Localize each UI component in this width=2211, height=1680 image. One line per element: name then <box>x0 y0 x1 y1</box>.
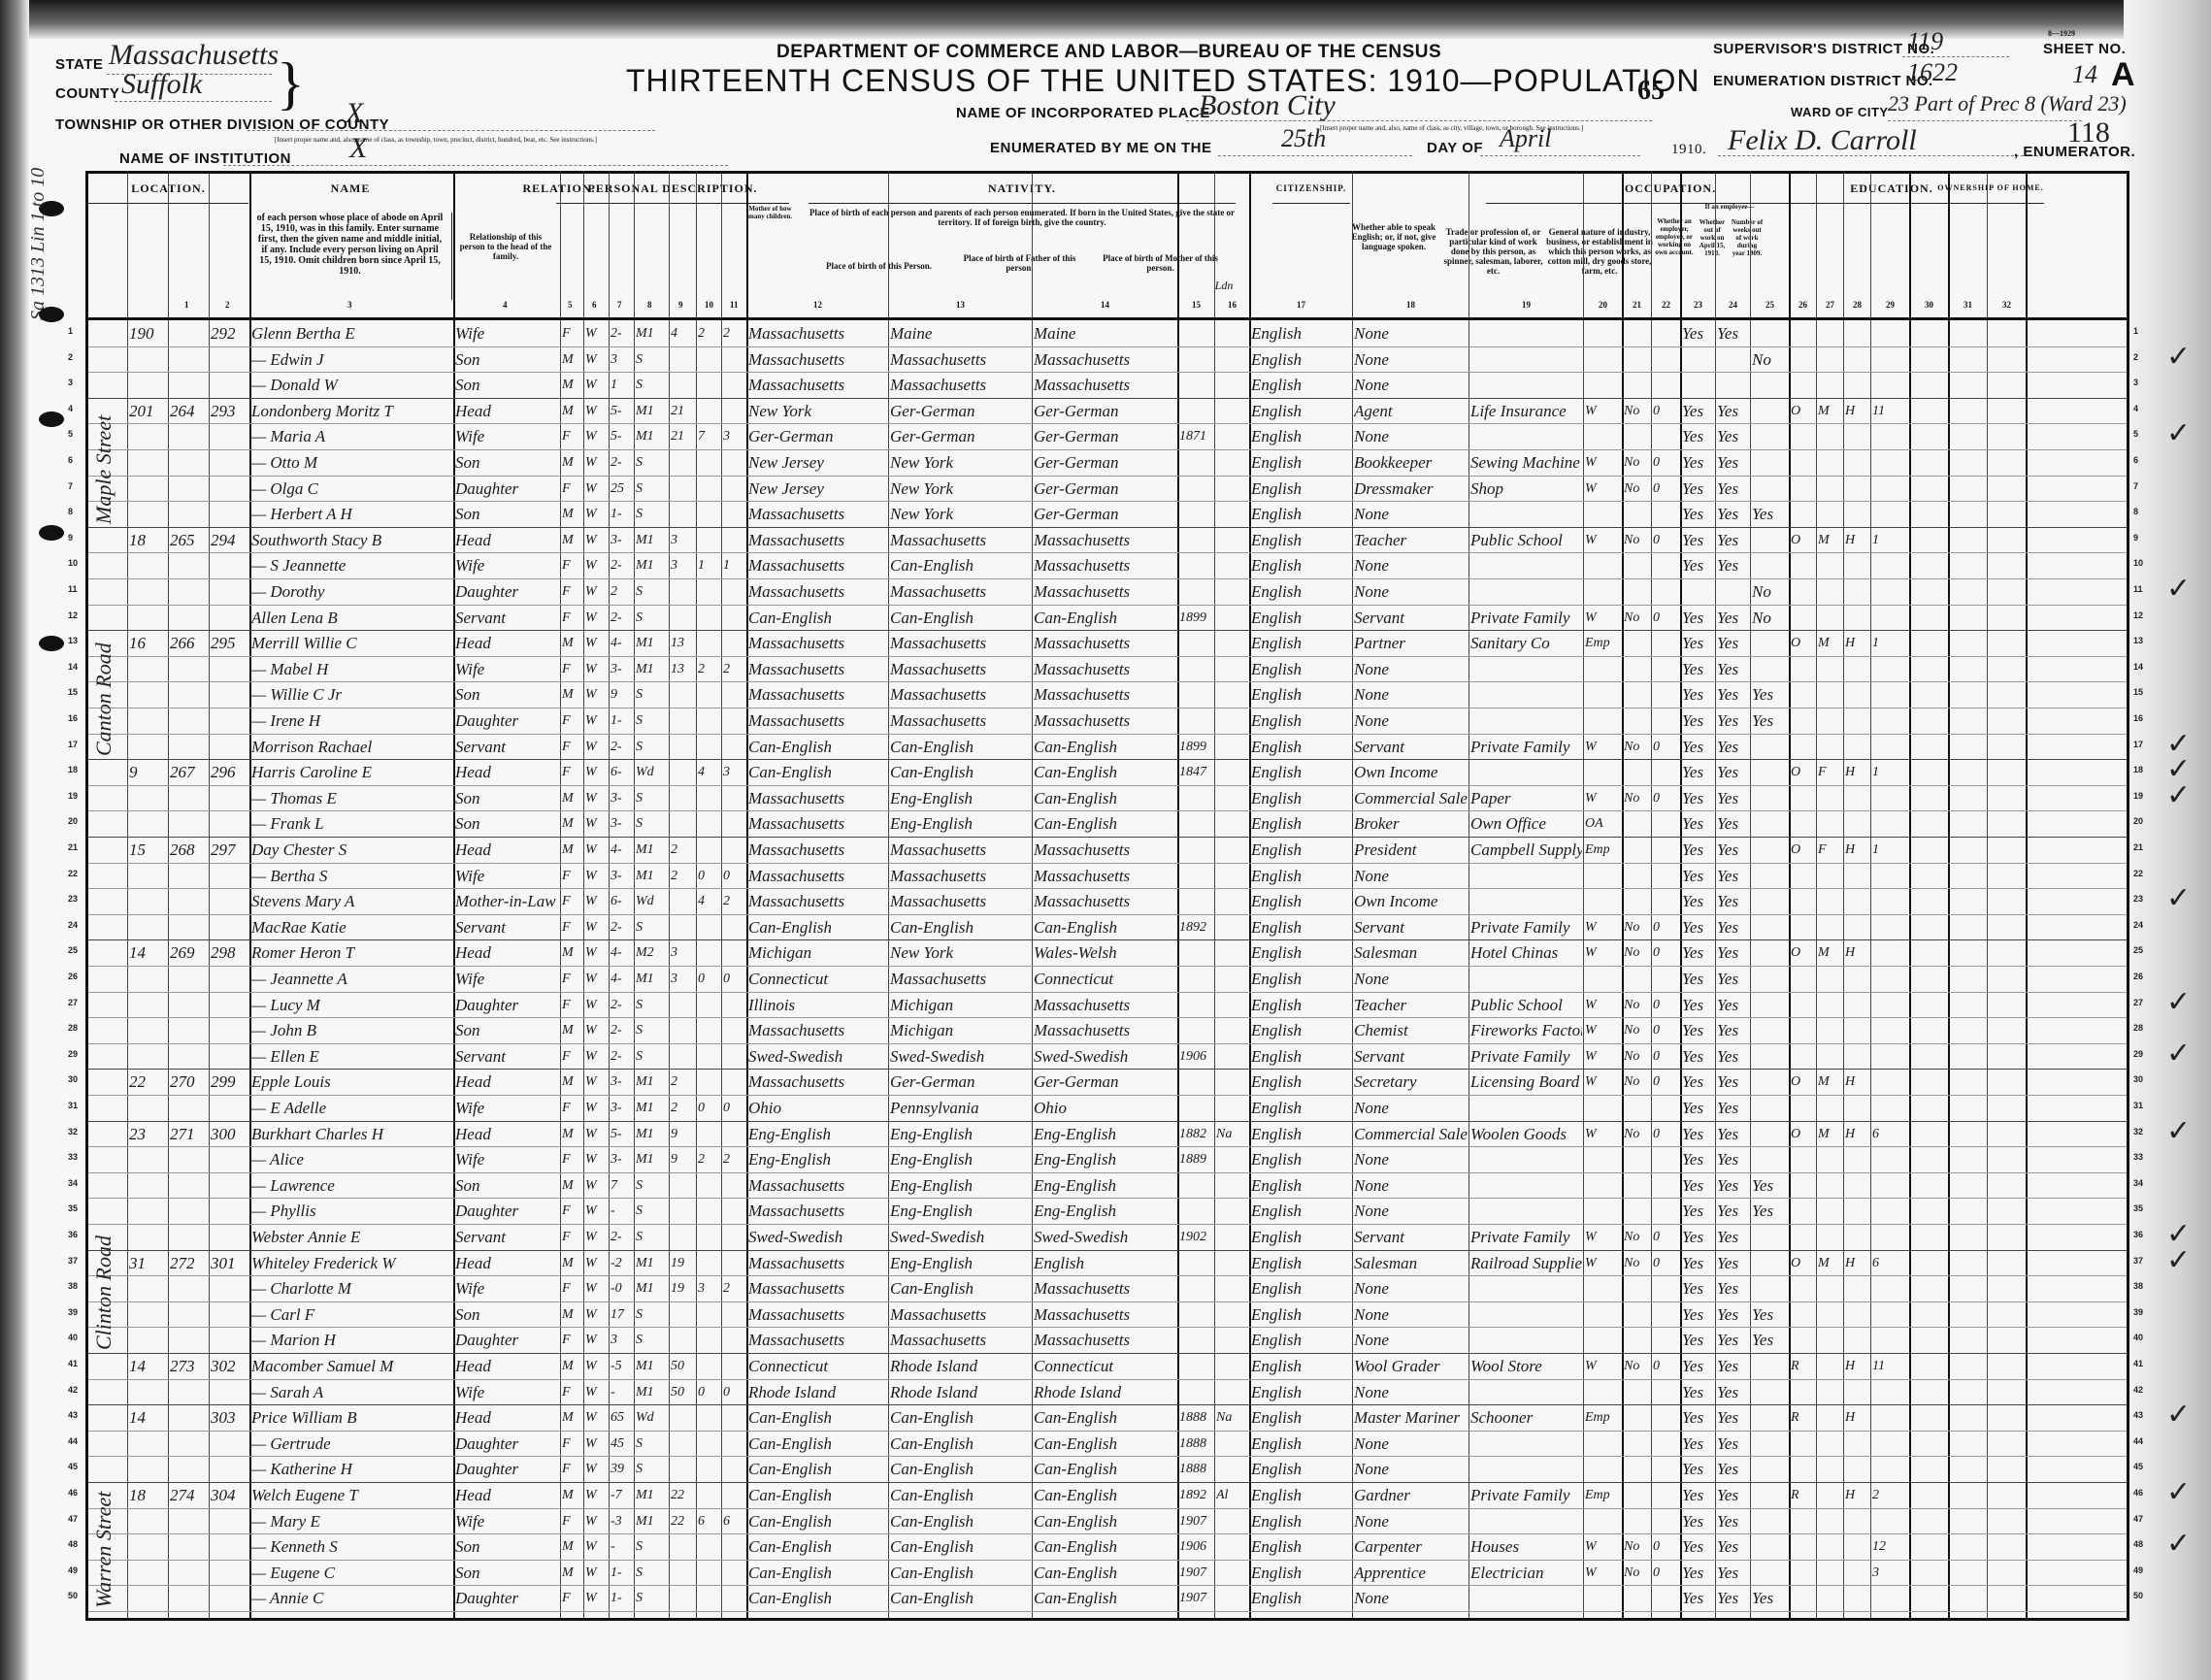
cell-emp <box>1585 372 1621 397</box>
header-if-employee: If an employee— <box>1696 203 1764 216</box>
cell-living <box>723 372 745 397</box>
cell-house: 15 <box>129 837 167 862</box>
cell-read: Yes <box>1682 1121 1714 1146</box>
cell-out <box>1624 578 1650 604</box>
cell-sex: F <box>562 320 582 346</box>
cell-yrs <box>671 708 695 733</box>
table-row: — Irene HDaughterFW1-SMassachusettsMassa… <box>88 708 2127 735</box>
line-number: 29 <box>68 1049 78 1059</box>
cell-sched <box>1872 681 1908 707</box>
cell-name: — Mabel H <box>251 656 452 681</box>
cell-pob_m: Massachusetts <box>1034 837 1176 862</box>
cell-yrs: 3 <box>671 552 695 577</box>
cell-own <box>1791 1017 1815 1042</box>
cell-weeks: 0 <box>1653 914 1679 939</box>
cell-sched <box>1872 656 1908 681</box>
table-row: — Eugene CSonMW1-SCan-EnglishCan-English… <box>88 1560 2127 1587</box>
group-name: NAME <box>248 174 452 203</box>
incorporated-place-value: Boston City <box>1199 89 1336 122</box>
cell-house <box>129 1275 167 1301</box>
cell-weeks: 0 <box>1653 1069 1679 1094</box>
cell-weeks <box>1653 1327 1679 1352</box>
cell-age: 17 <box>610 1301 633 1327</box>
cell-family: 295 <box>211 630 248 655</box>
cell-age: 3- <box>610 1069 633 1094</box>
cell-own <box>1791 708 1815 733</box>
cell-race: W <box>585 476 608 501</box>
cell-living: 2 <box>723 1275 745 1301</box>
cell-house <box>129 1224 167 1249</box>
cell-sex: F <box>562 1095 582 1120</box>
cell-age: -5 <box>610 1353 633 1378</box>
line-number: 34 <box>2133 1178 2143 1188</box>
cell-mort <box>1818 372 1842 397</box>
cell-mort <box>1818 1095 1842 1120</box>
cell-lang: English <box>1251 1327 1351 1352</box>
cell-sched <box>1872 372 1908 397</box>
cell-out: No <box>1624 1250 1650 1275</box>
cell-yrs <box>671 914 695 939</box>
cell-pob_m: Ger-German <box>1034 398 1176 423</box>
cell-dwelling <box>170 1404 208 1430</box>
cell-write: Yes <box>1717 1508 1749 1533</box>
cell-write: Yes <box>1717 552 1749 577</box>
cell-dwelling <box>170 992 208 1017</box>
cell-industry <box>1470 346 1582 372</box>
check-mark-icon: ✓ <box>2166 1037 2191 1071</box>
cell-living: 0 <box>723 966 745 991</box>
cell-school <box>1752 398 1788 423</box>
cell-age: 2- <box>610 449 633 475</box>
table-row: — Marion HDaughterFW3SMassachusettsMassa… <box>88 1327 2127 1354</box>
cell-lang: English <box>1251 681 1351 707</box>
cell-emp: Emp <box>1585 1404 1621 1430</box>
cell-pob: Can-English <box>748 914 887 939</box>
line-number: 41 <box>2133 1359 2143 1368</box>
margin-annotation: Sa 1313 Lin 1 to 10 <box>27 168 49 320</box>
cell-own <box>1791 1560 1815 1585</box>
cell-sex: F <box>562 1585 582 1610</box>
cell-dwelling <box>170 914 208 939</box>
cell-name: — Kenneth S <box>251 1533 452 1559</box>
cell-born <box>698 1404 720 1430</box>
cell-industry <box>1470 1431 1582 1456</box>
cell-write: Yes <box>1717 476 1749 501</box>
cell-nat <box>1216 939 1248 965</box>
cell-farm <box>1845 914 1869 939</box>
column-number: 15 <box>1192 300 1201 310</box>
cell-sched <box>1872 708 1908 733</box>
cell-yrs <box>671 1043 695 1069</box>
cell-nat <box>1216 1250 1248 1275</box>
cell-emp <box>1585 501 1621 526</box>
cell-yrs: 50 <box>671 1379 695 1404</box>
cell-yrs <box>671 346 695 372</box>
cell-pob: Can-English <box>748 1560 887 1585</box>
cell-living <box>723 1301 745 1327</box>
table-row: — Mabel HWifeFW3-M11322MassachusettsMass… <box>88 656 2127 683</box>
cell-weeks <box>1653 346 1679 372</box>
cell-dwelling <box>170 501 208 526</box>
line-number: 26 <box>68 972 78 981</box>
cell-marital: M1 <box>636 1146 668 1171</box>
cell-write <box>1717 346 1749 372</box>
cell-yrs <box>671 992 695 1017</box>
cell-sched <box>1872 501 1908 526</box>
cell-trade: Apprentice <box>1354 1560 1468 1585</box>
cell-pob_f: Eng-English <box>890 1146 1031 1171</box>
cell-pob: Massachusetts <box>748 785 887 810</box>
cell-pob: Eng-English <box>748 1121 887 1146</box>
cell-industry: Campbell Supply Co <box>1470 837 1582 862</box>
cell-weeks <box>1653 863 1679 888</box>
cell-weeks <box>1653 1301 1679 1327</box>
cell-relation: Son <box>455 1533 559 1559</box>
line-number: 31 <box>68 1101 78 1110</box>
cell-lang: English <box>1251 863 1351 888</box>
cell-pob_m: Connecticut <box>1034 1353 1176 1378</box>
cell-trade: None <box>1354 1585 1468 1610</box>
cell-industry <box>1470 1508 1582 1533</box>
cell-industry: Public School <box>1470 527 1582 552</box>
cell-dwelling: 264 <box>170 398 208 423</box>
cell-pob_f: Eng-English <box>890 1172 1031 1198</box>
cell-dwelling: 274 <box>170 1482 208 1507</box>
cell-yrs: 21 <box>671 398 695 423</box>
sheet-no-label: SHEET NO. <box>2043 41 2126 57</box>
cell-born <box>698 1069 720 1094</box>
cell-sched <box>1872 346 1908 372</box>
check-mark-icon: ✓ <box>2166 416 2191 450</box>
line-number: 4 <box>68 404 73 413</box>
cell-trade: None <box>1354 708 1468 733</box>
cell-own <box>1791 501 1815 526</box>
line-number: 22 <box>2133 869 2143 878</box>
cell-weeks: 0 <box>1653 449 1679 475</box>
cell-race: W <box>585 681 608 707</box>
cell-pob_m: Massachusetts <box>1034 992 1176 1017</box>
table-row: — Ellen EServantFW2-SSwed-SwedishSwed-Sw… <box>88 1043 2127 1071</box>
cell-house <box>129 1017 167 1042</box>
cell-pob: Ohio <box>748 1095 887 1120</box>
cell-race: W <box>585 372 608 397</box>
cell-pob_m: Eng-English <box>1034 1198 1176 1223</box>
cell-pob: Massachusetts <box>748 837 887 862</box>
cell-race: W <box>585 785 608 810</box>
cell-industry: Wool Store <box>1470 1353 1582 1378</box>
cell-emp: W <box>1585 1069 1621 1094</box>
cell-sched <box>1872 1275 1908 1301</box>
cell-pob: Eng-English <box>748 1146 887 1171</box>
cell-school <box>1752 1043 1788 1069</box>
cell-marital: M2 <box>636 939 668 965</box>
line-number: 30 <box>68 1074 78 1084</box>
cell-race: W <box>585 1095 608 1120</box>
cell-mort <box>1818 966 1842 991</box>
header-trade: Trade or profession of, or particular ki… <box>1442 227 1544 285</box>
cell-lang: English <box>1251 1301 1351 1327</box>
cell-name: — Gertrude <box>251 1431 452 1456</box>
cell-weeks <box>1653 1508 1679 1533</box>
cell-name: — Marion H <box>251 1327 452 1352</box>
cell-farm <box>1845 1043 1869 1069</box>
cell-living: 2 <box>723 656 745 681</box>
cell-own <box>1791 1043 1815 1069</box>
line-number: 19 <box>2133 791 2143 801</box>
cell-mort: F <box>1818 759 1842 784</box>
cell-marital: S <box>636 1017 668 1042</box>
table-row: — John BSonMW2-SMassachusettsMichiganMas… <box>88 1017 2127 1044</box>
line-number: 33 <box>2133 1152 2143 1162</box>
cell-family <box>211 656 248 681</box>
cell-relation: Wife <box>455 863 559 888</box>
cell-sex: F <box>562 1198 582 1223</box>
cell-lang: English <box>1251 1585 1351 1610</box>
cell-write: Yes <box>1717 1353 1749 1378</box>
cell-nat <box>1216 785 1248 810</box>
cell-living <box>723 1043 745 1069</box>
cell-pob_m: Eng-English <box>1034 1121 1176 1146</box>
cell-emp <box>1585 888 1621 913</box>
cell-relation: Daughter <box>455 578 559 604</box>
column-number: 16 <box>1228 300 1237 310</box>
cell-trade: Carpenter <box>1354 1533 1468 1559</box>
cell-sched: 6 <box>1872 1121 1908 1146</box>
cell-age: 4- <box>610 837 633 862</box>
cell-trade: None <box>1354 346 1468 372</box>
cell-farm <box>1845 708 1869 733</box>
table-row: — Olga CDaughterFW25SNew JerseyNew YorkG… <box>88 476 2127 503</box>
line-number: 36 <box>68 1230 78 1239</box>
cell-read: Yes <box>1682 1404 1714 1430</box>
cell-out: No <box>1624 1353 1650 1378</box>
cell-marital: S <box>636 501 668 526</box>
column-number: 31 <box>1963 300 1972 310</box>
cell-imm <box>1179 578 1213 604</box>
line-number: 27 <box>2133 998 2143 1007</box>
cell-yrs <box>671 372 695 397</box>
cell-relation: Servant <box>455 734 559 759</box>
cell-sched: 1 <box>1872 527 1908 552</box>
line-number: 12 <box>2133 610 2143 620</box>
column-number: 27 <box>1826 300 1834 310</box>
cell-farm <box>1845 863 1869 888</box>
cell-out <box>1624 863 1650 888</box>
cell-pob_m: Can-English <box>1034 1482 1176 1507</box>
cell-mort <box>1818 346 1842 372</box>
cell-family: 292 <box>211 320 248 346</box>
cell-farm <box>1845 1301 1869 1327</box>
cell-school <box>1752 552 1788 577</box>
cell-nat <box>1216 1456 1248 1481</box>
cell-industry: Woolen Goods <box>1470 1121 1582 1146</box>
cell-age: 2- <box>610 552 633 577</box>
cell-pob_f: Can-English <box>890 1431 1031 1456</box>
line-number: 11 <box>68 584 78 594</box>
cell-out: No <box>1624 476 1650 501</box>
cell-emp <box>1585 423 1621 448</box>
cell-pob_f: New York <box>890 501 1031 526</box>
cell-house: 23 <box>129 1121 167 1146</box>
cell-pob_f: Eng-English <box>890 1198 1031 1223</box>
cell-family <box>211 1533 248 1559</box>
cell-school <box>1752 630 1788 655</box>
cell-lang: English <box>1251 888 1351 913</box>
cell-lang: English <box>1251 1482 1351 1507</box>
cell-age: 3- <box>610 1095 633 1120</box>
cell-pob_f: Massachusetts <box>890 863 1031 888</box>
table-row: Allen Lena BServantFW2-SCan-EnglishCan-E… <box>88 605 2127 632</box>
cell-farm <box>1845 810 1869 836</box>
cell-pob_m: Can-English <box>1034 1431 1176 1456</box>
cell-relation: Head <box>455 939 559 965</box>
cell-nat <box>1216 1172 1248 1198</box>
column-number: 24 <box>1729 300 1737 310</box>
cell-out <box>1624 966 1650 991</box>
census-table: LOCATION. NAME RELATION. PERSONAL DESCRI… <box>85 171 2129 1621</box>
cell-lang: English <box>1251 578 1351 604</box>
cell-sched <box>1872 1456 1908 1481</box>
cell-marital: S <box>636 605 668 630</box>
cell-house: 190 <box>129 320 167 346</box>
cell-read: Yes <box>1682 1482 1714 1507</box>
line-number: 8 <box>68 507 73 516</box>
cell-family <box>211 1095 248 1120</box>
cell-name: — S Jeannette <box>251 552 452 577</box>
cell-farm <box>1845 1585 1869 1610</box>
cell-weeks: 0 <box>1653 939 1679 965</box>
line-number: 7 <box>68 481 73 491</box>
cell-pob_f: Can-English <box>890 552 1031 577</box>
cell-house: 18 <box>129 527 167 552</box>
line-number: 26 <box>2133 972 2143 981</box>
cell-sched <box>1872 1146 1908 1171</box>
cell-born <box>698 1301 720 1327</box>
cell-sex: M <box>562 1250 582 1275</box>
cell-race: W <box>585 708 608 733</box>
cell-dwelling <box>170 1172 208 1198</box>
cell-race: W <box>585 810 608 836</box>
cell-nat <box>1216 1508 1248 1533</box>
cell-nat <box>1216 810 1248 836</box>
column-number: 14 <box>1101 300 1109 310</box>
cell-family: 294 <box>211 527 248 552</box>
cell-born <box>698 734 720 759</box>
cell-read: Yes <box>1682 476 1714 501</box>
cell-pob: Massachusetts <box>748 346 887 372</box>
cell-sched: 1 <box>1872 837 1908 862</box>
cell-imm: 1888 <box>1179 1404 1213 1430</box>
line-number: 13 <box>68 636 78 645</box>
cell-own: O <box>1791 1250 1815 1275</box>
cell-own <box>1791 1095 1815 1120</box>
cell-yrs: 9 <box>671 1146 695 1171</box>
column-number: 5 <box>568 300 573 310</box>
line-number: 1 <box>2133 326 2138 336</box>
cell-lang: English <box>1251 501 1351 526</box>
cell-out: No <box>1624 1069 1650 1094</box>
cell-mort <box>1818 1275 1842 1301</box>
cell-family: 300 <box>211 1121 248 1146</box>
cell-school <box>1752 1250 1788 1275</box>
cell-yrs <box>671 1560 695 1585</box>
table-row: 9267296Harris Caroline EHeadFW6-Wd43Can-… <box>88 759 2127 786</box>
cell-mort <box>1818 1456 1842 1481</box>
cell-sex: M <box>562 785 582 810</box>
cell-emp: W <box>1585 1533 1621 1559</box>
table-row: — Frank LSonMW3-SMassachusettsEng-Englis… <box>88 810 2127 838</box>
cell-out <box>1624 1198 1650 1223</box>
cell-industry: Paper <box>1470 785 1582 810</box>
cell-pob_f: Massachusetts <box>890 1301 1031 1327</box>
cell-own <box>1791 372 1815 397</box>
cell-age: 2 <box>610 578 633 604</box>
cell-trade: Teacher <box>1354 992 1468 1017</box>
cell-born <box>698 939 720 965</box>
line-number: 8 <box>2133 507 2138 516</box>
line-number: 38 <box>2133 1281 2143 1291</box>
state-value: Massachusetts <box>109 39 279 72</box>
cell-industry <box>1470 423 1582 448</box>
line-number: 24 <box>68 920 78 930</box>
cell-yrs <box>671 1172 695 1198</box>
header-weeks-out: Number of weeks out of work during year … <box>1731 218 1764 296</box>
cell-out <box>1624 1301 1650 1327</box>
cell-dwelling <box>170 1533 208 1559</box>
line-number: 18 <box>68 765 78 774</box>
cell-school <box>1752 1404 1788 1430</box>
cell-living <box>723 785 745 810</box>
cell-read: Yes <box>1682 1017 1714 1042</box>
cell-out <box>1624 708 1650 733</box>
line-number: 12 <box>68 610 78 620</box>
cell-living <box>723 1017 745 1042</box>
cell-family <box>211 476 248 501</box>
cell-name: — Dorothy <box>251 578 452 604</box>
cell-sex: F <box>562 578 582 604</box>
cell-own <box>1791 1146 1815 1171</box>
cell-pob: Connecticut <box>748 966 887 991</box>
cell-relation: Wife <box>455 1379 559 1404</box>
cell-weeks <box>1653 630 1679 655</box>
cell-nat <box>1216 914 1248 939</box>
line-number: 41 <box>68 1359 78 1368</box>
check-mark-icon: ✓ <box>2166 1243 2191 1277</box>
cell-family <box>211 1017 248 1042</box>
cell-marital: M1 <box>636 1353 668 1378</box>
cell-yrs <box>671 605 695 630</box>
cell-out <box>1624 346 1650 372</box>
cell-emp <box>1585 1095 1621 1120</box>
cell-marital: M1 <box>636 1250 668 1275</box>
column-number: 12 <box>813 300 822 310</box>
cell-family: 299 <box>211 1069 248 1094</box>
cell-emp: Emp <box>1585 1482 1621 1507</box>
cell-marital: M1 <box>636 1482 668 1507</box>
cell-pob_f: Ger-German <box>890 398 1031 423</box>
cell-living <box>723 914 745 939</box>
cell-pob_m: Can-English <box>1034 734 1176 759</box>
cell-lang: English <box>1251 1353 1351 1378</box>
cell-industry <box>1470 888 1582 913</box>
column-number: 21 <box>1633 300 1641 310</box>
cell-house <box>129 734 167 759</box>
cell-out <box>1624 1146 1650 1171</box>
cell-house <box>129 1198 167 1223</box>
cell-marital: S <box>636 1043 668 1069</box>
cell-emp <box>1585 1456 1621 1481</box>
cell-weeks <box>1653 1404 1679 1430</box>
